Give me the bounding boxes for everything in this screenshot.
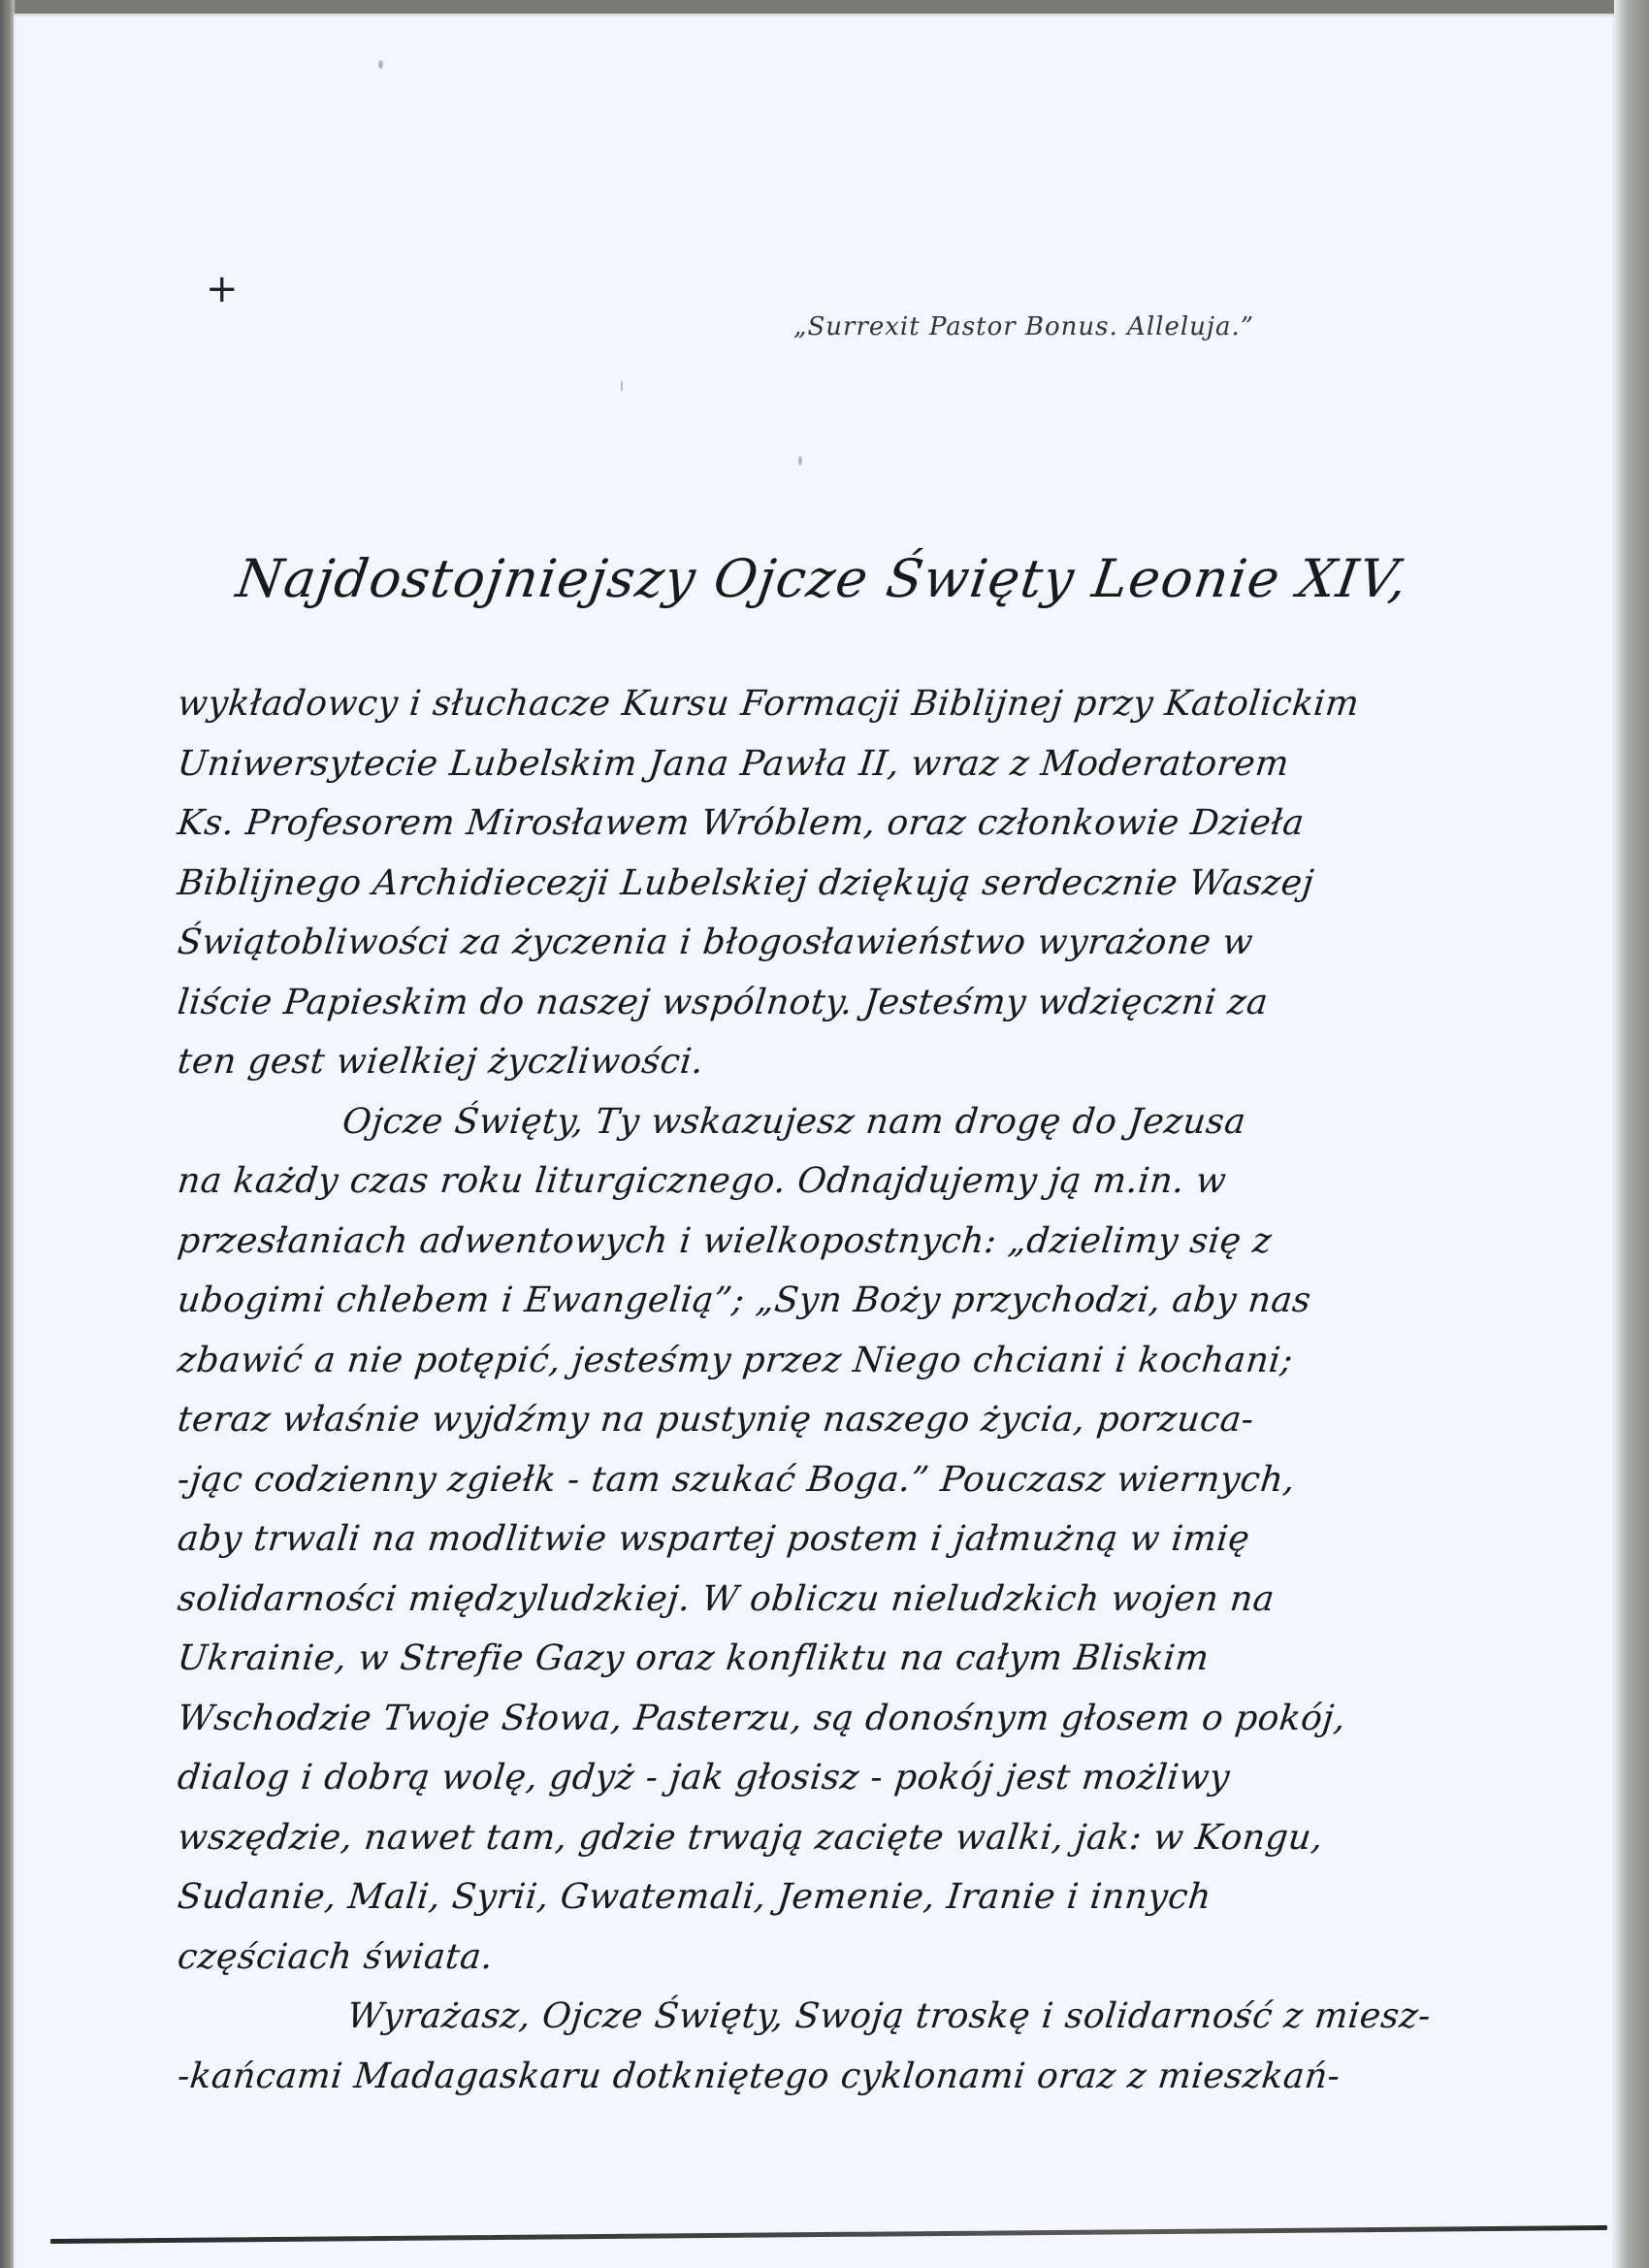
body-line: Ks. Profesorem Mirosławem Wróblem, oraz … xyxy=(175,794,1441,854)
scan-speck xyxy=(378,60,383,69)
body-line: przesłaniach adwentowych i wielkopostnyc… xyxy=(175,1212,1441,1272)
body-line: Uniwersytecie Lubelskim Jana Pawła II, w… xyxy=(175,734,1441,794)
body-line: aby trwali na modlitwie wspartej postem … xyxy=(175,1509,1441,1570)
body-line: dialog i dobrą wolę, gdyż - jak głosisz … xyxy=(175,1748,1441,1808)
body-line: liście Papieskim do naszej wspólnoty. Je… xyxy=(175,973,1441,1033)
body-line: Wschodzie Twoje Słowa, Pasterzu, są dono… xyxy=(175,1689,1441,1749)
cross-icon: + xyxy=(206,270,239,308)
salutation-heading: Najdostojniejszy Ojcze Święty Leonie XIV… xyxy=(233,548,1412,609)
scanned-page: + „Surrexit Pastor Bonus. Alleluja.” Naj… xyxy=(0,0,1649,2268)
scanner-edge xyxy=(1614,0,1649,2268)
body-line: ten gest wielkiej życzliwości. xyxy=(175,1032,1441,1092)
body-line: Świątobliwości za życzenia i błogosławie… xyxy=(175,913,1441,973)
body-line: na każdy czas roku liturgicznego. Odnajd… xyxy=(175,1151,1441,1212)
body-line: -kańcami Madagaskaru dotkniętego cyklona… xyxy=(175,2047,1441,2107)
scan-speck xyxy=(621,380,623,392)
body-line: ubogimi chlebem i Ewangelią”; „Syn Boży … xyxy=(175,1271,1441,1331)
paragraph-start-line: Wyrażasz, Ojcze Święty, Swoją troskę i s… xyxy=(175,1987,1441,2047)
body-line: zbawić a nie potępić, jesteśmy przez Nie… xyxy=(175,1331,1441,1391)
body-line: Biblijnego Archidiecezji Lubelskiej dzię… xyxy=(175,854,1441,914)
epigraph: „Surrexit Pastor Bonus. Alleluja.” xyxy=(793,312,1254,341)
body-line: -jąc codzienny zgiełk - tam szukać Boga.… xyxy=(175,1450,1441,1510)
body-line: teraz właśnie wyjdźmy na pustynię naszeg… xyxy=(175,1390,1441,1450)
body-line: wykładowcy i słuchacze Kursu Formacji Bi… xyxy=(175,674,1441,734)
scan-speck xyxy=(798,456,802,466)
body-line: solidarności międzyludzkiej. W obliczu n… xyxy=(175,1570,1441,1630)
paragraph-start-line: Ojcze Święty, Ty wskazujesz nam drogę do… xyxy=(175,1092,1441,1152)
body-line: wszędzie, nawet tam, gdzie trwają zacięt… xyxy=(175,1808,1441,1868)
body-line: Sudanie, Mali, Syrii, Gwatemali, Jemenie… xyxy=(175,1867,1441,1928)
body-line: Ukrainie, w Strefie Gazy oraz konfliktu … xyxy=(175,1629,1441,1689)
body-line: częściach świata. xyxy=(175,1928,1441,1988)
letter-body: wykładowcy i słuchacze Kursu Formacji Bi… xyxy=(175,674,1436,2106)
